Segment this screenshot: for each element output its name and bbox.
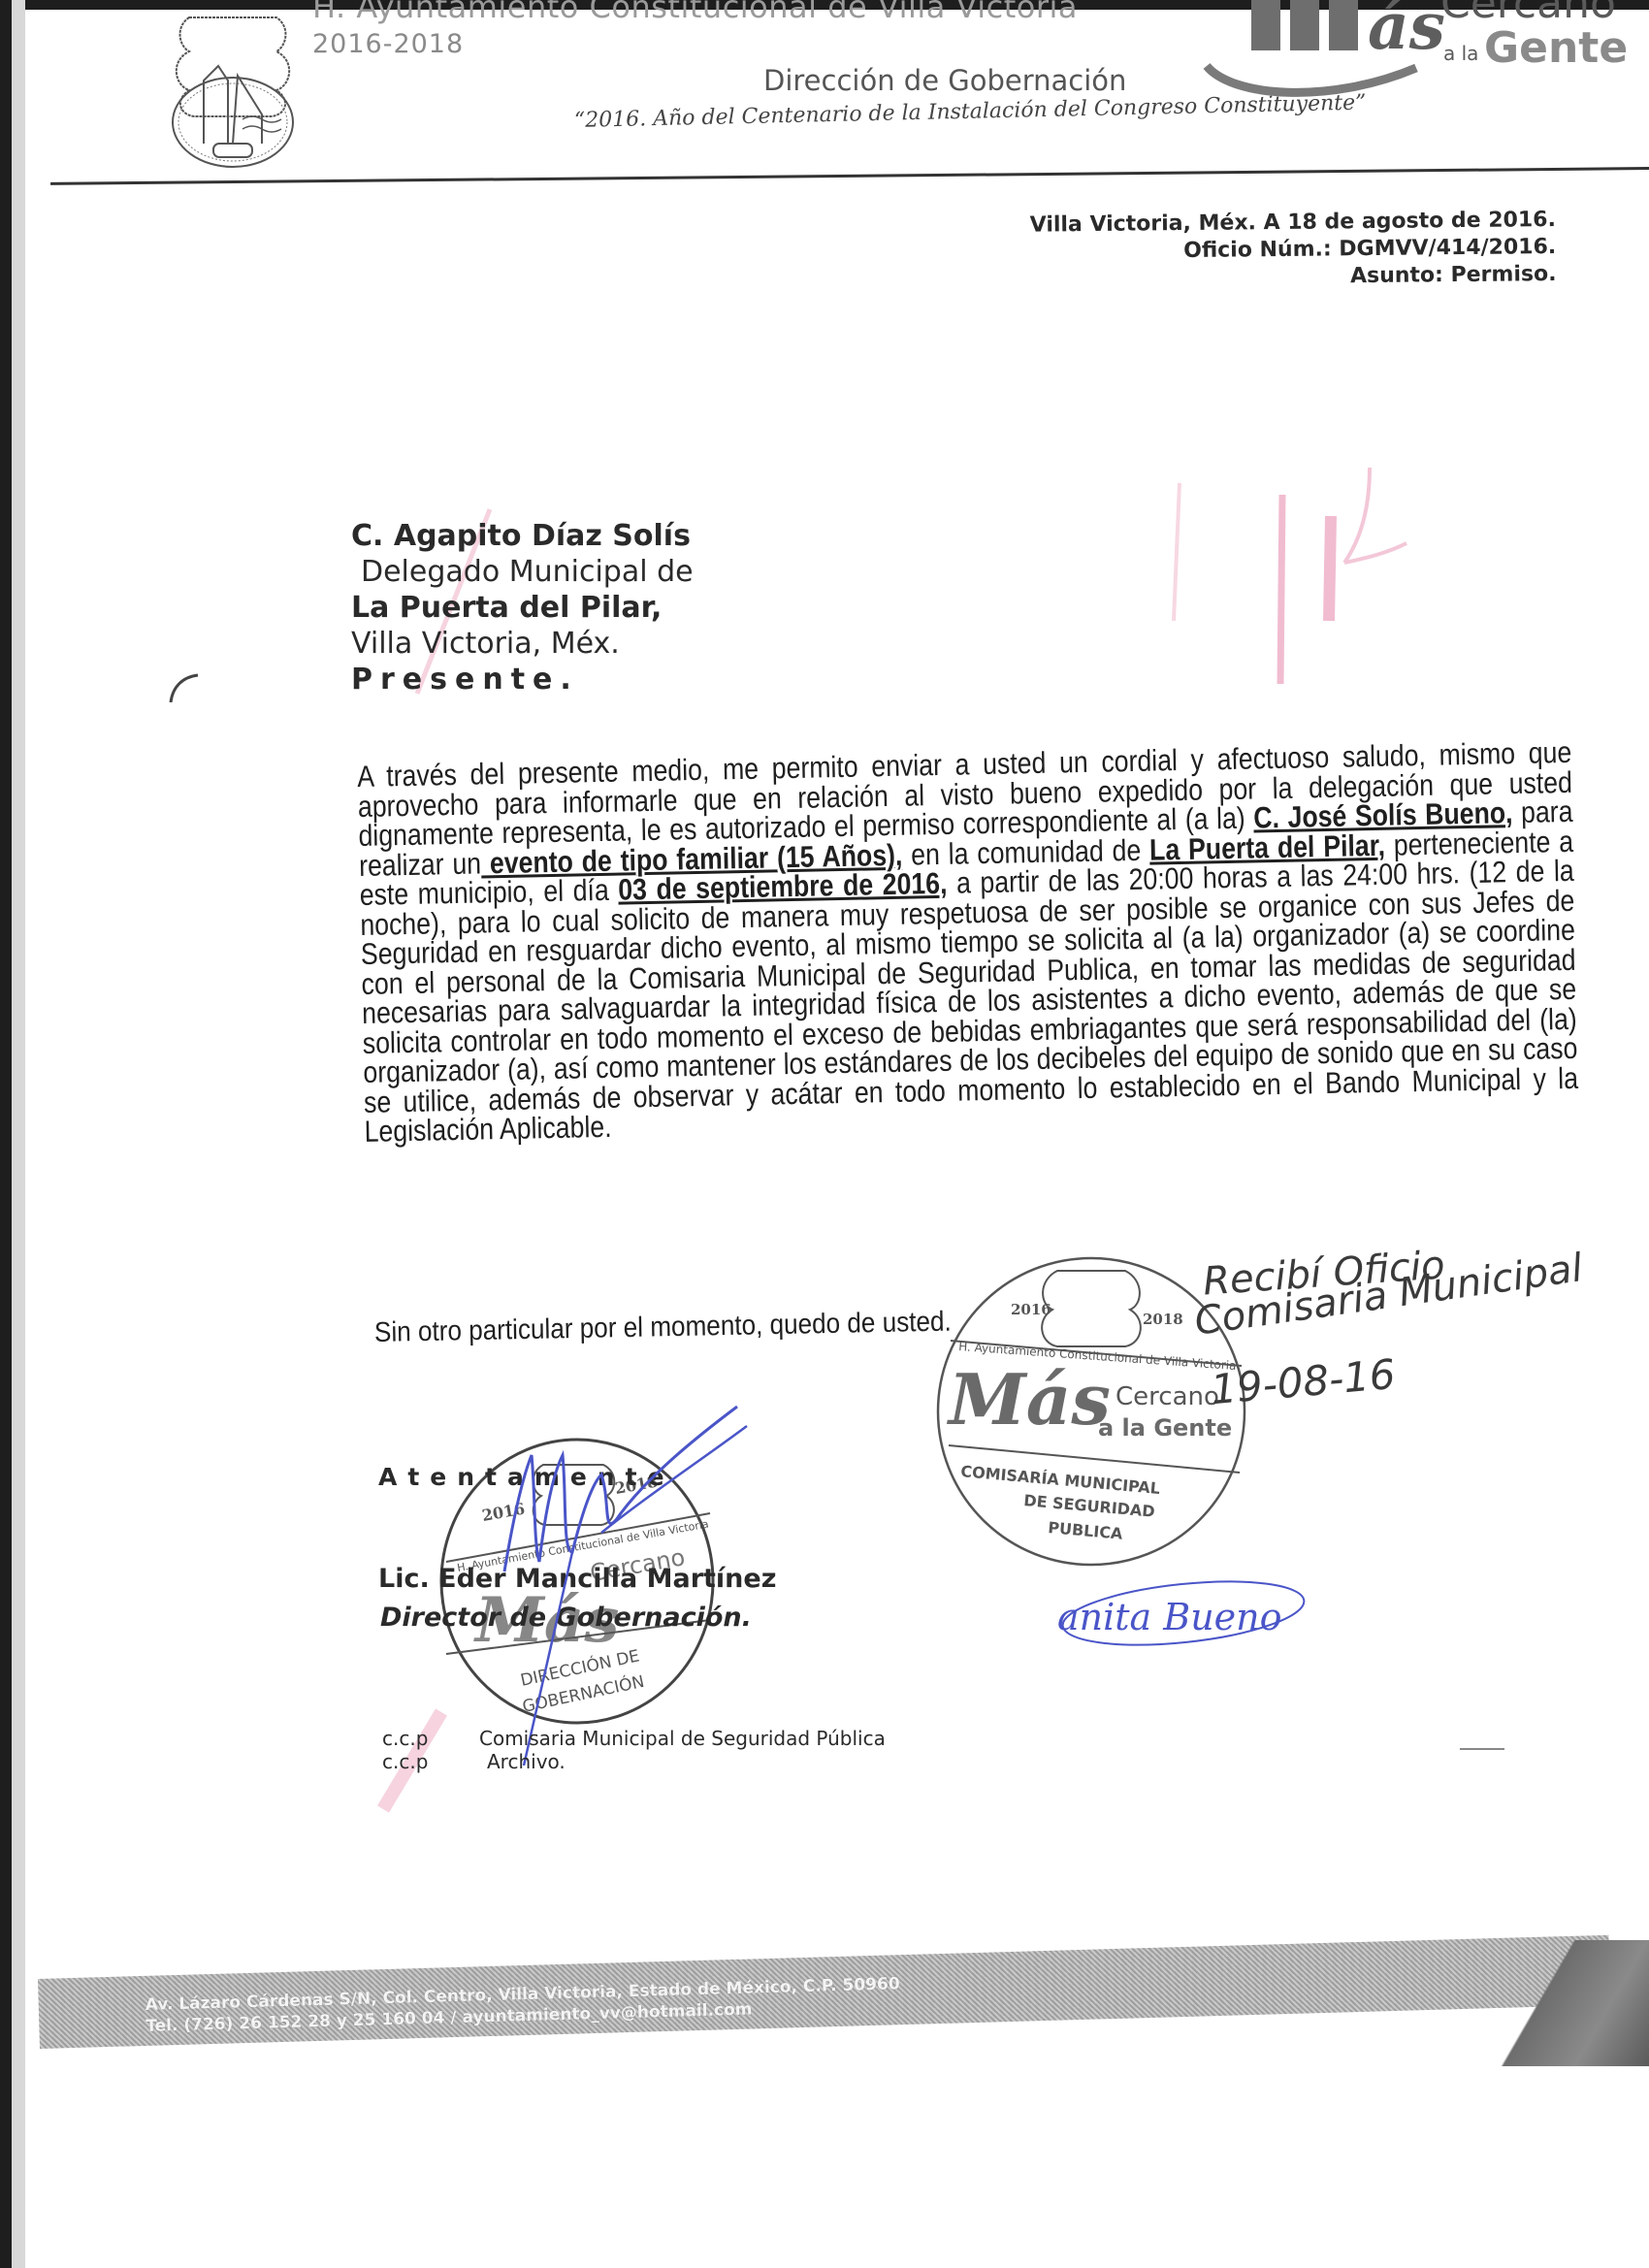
administration-period: 2016-2018 (312, 29, 464, 59)
scan-border-left (0, 0, 12, 2268)
recipient-locality: La Puerta del Pilar, (351, 590, 694, 626)
svg-text:2016: 2016 (1011, 1301, 1051, 1318)
institution-name: H. Ayuntamiento Constitucional de Villa … (312, 0, 1078, 25)
mas-cercano-logo-icon: ás Cercano a la Gente (1193, 0, 1649, 116)
svg-text:Gente: Gente (1484, 23, 1628, 73)
svg-text:Cercano: Cercano (1115, 1382, 1219, 1411)
carbon-copy-list: c.c.p Comisaria Municipal de Seguridad P… (382, 1727, 886, 1773)
recipient-block: C. Agapito Díaz Solís Delegado Municipal… (351, 518, 694, 697)
scan-dash-mark (1460, 1748, 1504, 1750)
subject: Asunto: Permiso. (1030, 261, 1556, 294)
ccp-value: Archivo. (479, 1750, 566, 1773)
recipient-name: C. Agapito Díaz Solís (351, 518, 694, 554)
header-divider (50, 167, 1649, 185)
scan-border-shadow (12, 0, 25, 2268)
ccp-value: Comisaria Municipal de Seguridad Pública (479, 1727, 886, 1750)
recipient-position: Delegado Municipal de (351, 554, 694, 590)
pink-correction-marks-icon (1115, 466, 1465, 689)
municipal-crest-icon (136, 8, 330, 168)
svg-text:PUBLICA: PUBLICA (1048, 1518, 1124, 1543)
svg-text:a la Gente: a la Gente (1098, 1414, 1232, 1442)
ccp-label: c.c.p (382, 1727, 479, 1750)
svg-text:2018: 2018 (1143, 1311, 1183, 1328)
director-signature-icon (485, 1397, 757, 1766)
punch-hole-icon (165, 669, 204, 708)
svg-text:COMISARÍA MUNICIPAL: COMISARÍA MUNICIPAL (960, 1462, 1161, 1498)
ccp-row: c.c.p Comisaria Municipal de Seguridad P… (382, 1727, 886, 1750)
svg-text:ás: ás (1368, 0, 1445, 64)
recipient-signature-icon: anita Bueno (1038, 1567, 1348, 1654)
footer-fold-decoration (1474, 1940, 1649, 2066)
svg-text:Más: Más (946, 1358, 1111, 1441)
ccp-label: c.c.p (382, 1750, 479, 1773)
letter-body: A través del presente medio, me permito … (357, 738, 1579, 1148)
ccp-row: c.c.p Archivo. (382, 1750, 886, 1773)
svg-text:a la: a la (1443, 42, 1478, 65)
closing-line: Sin otro particular por el momento, qued… (374, 1307, 952, 1349)
salutation: Presente. (351, 662, 694, 697)
department-title: Dirección de Gobernación (763, 64, 1126, 97)
recipient-city: Villa Victoria, Méx. (351, 626, 694, 662)
reference-block: Villa Victoria, Méx. A 18 de agosto de 2… (1029, 207, 1556, 294)
svg-text:anita Bueno: anita Bueno (1057, 1596, 1282, 1638)
